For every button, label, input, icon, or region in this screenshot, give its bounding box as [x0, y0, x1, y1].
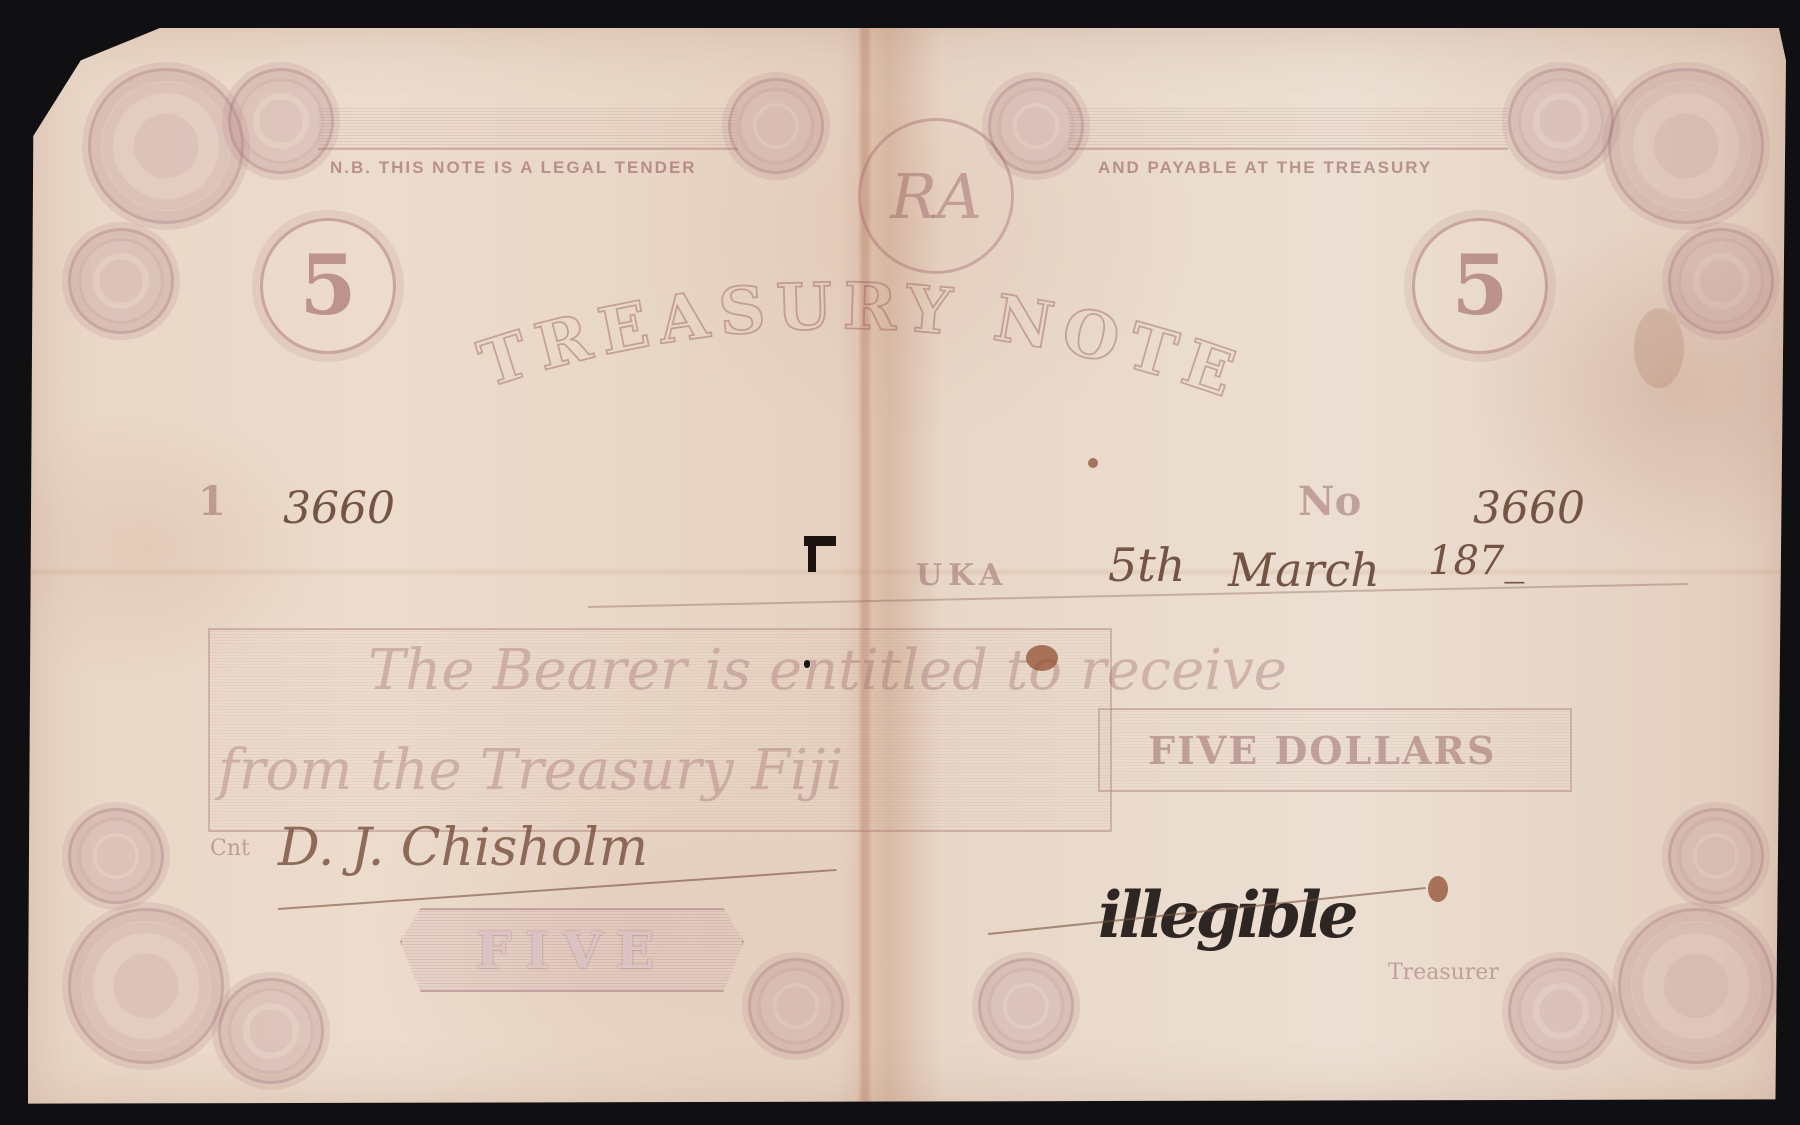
note-title: TREASURY NOTE — [468, 278, 1368, 498]
serial-prefix-left: 1 — [198, 478, 226, 525]
issue-place: UKA — [916, 558, 1008, 593]
rosette-bottom-right-outer — [1618, 908, 1774, 1064]
issue-date-year: 187_ — [1428, 538, 1524, 584]
denomination-counter-left: 5 — [260, 218, 396, 354]
top-band-left — [318, 108, 738, 150]
body-line-2: from the Treasury Fiji — [218, 738, 843, 803]
amount-text: FIVE DOLLARS — [1148, 728, 1496, 773]
five-banner: FIVE — [400, 908, 744, 992]
treasury-note: N.B. THIS NOTE IS A LEGAL TENDER AND PAY… — [28, 28, 1786, 1108]
rosette-top-right-outer — [1608, 68, 1764, 224]
rosette-bottom-left-outer — [68, 908, 224, 1064]
ink-burn-mark — [808, 536, 816, 572]
stain-spot — [1026, 645, 1058, 671]
rosette-top-center-left — [728, 78, 824, 174]
top-band-right — [1068, 108, 1508, 150]
rosette-left-lower — [68, 808, 164, 904]
rosette-right-middle — [1668, 228, 1774, 334]
stain-spot — [1634, 308, 1684, 388]
note-title-text: TREASURY NOTE — [470, 278, 1253, 415]
scan-background: N.B. THIS NOTE IS A LEGAL TENDER AND PAY… — [0, 0, 1800, 1125]
payable-legend: AND PAYABLE AT THE TREASURY — [1098, 158, 1432, 178]
rosette-top-right — [1508, 68, 1614, 174]
rosette-right-lower — [1668, 808, 1764, 904]
serial-number-right: 3660 — [1473, 483, 1585, 534]
rosette-left-middle — [68, 228, 174, 334]
rosette-top-left-outer — [88, 68, 244, 224]
issue-date-day: 5th — [1108, 538, 1185, 592]
rosette-bottom-left — [218, 978, 324, 1084]
rosette-bottom-center-right — [978, 958, 1074, 1054]
serial-prefix-right: No — [1298, 478, 1361, 525]
rosette-bottom-right — [1508, 958, 1614, 1064]
legal-tender-legend: N.B. THIS NOTE IS A LEGAL TENDER — [330, 158, 697, 178]
stain-spot — [1088, 458, 1098, 468]
left-signature-label: Cnt — [210, 836, 250, 861]
serial-number-left: 3660 — [283, 483, 395, 534]
ink-dot — [804, 660, 810, 668]
rosette-bottom-center-left — [748, 958, 844, 1054]
stain-spot — [1428, 876, 1448, 902]
monogram-seal: RA — [858, 118, 1014, 274]
left-signature: D. J. Chisholm — [278, 818, 648, 878]
treasurer-label: Treasurer — [1388, 960, 1499, 985]
denomination-counter-right: 5 — [1412, 218, 1548, 354]
body-line-1: The Bearer is entitled to receive — [368, 638, 1287, 703]
right-signature: illegible — [1098, 878, 1355, 953]
